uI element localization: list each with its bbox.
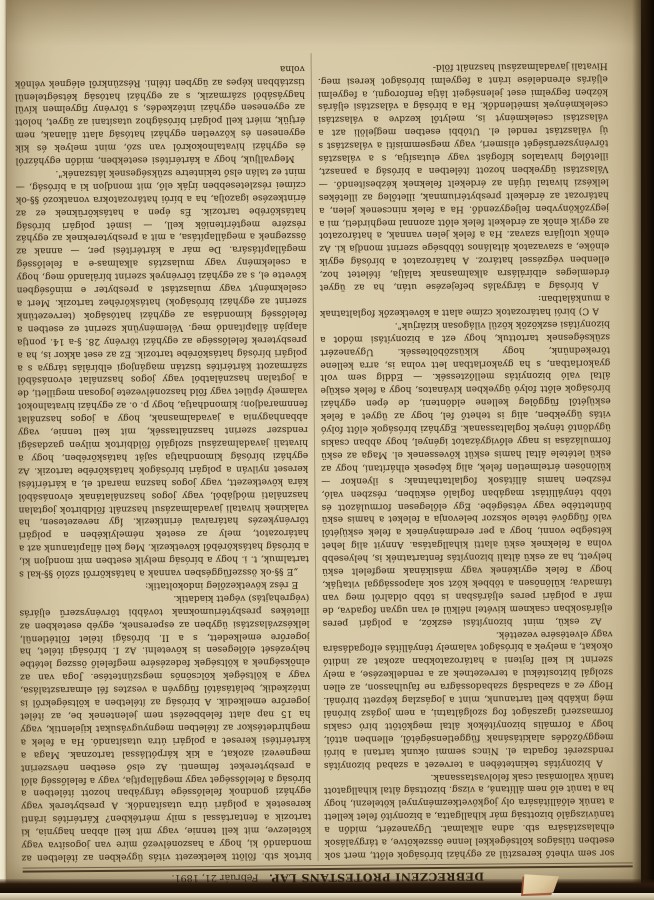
paragraph: Megvalljuk, hogy a kártérítési esetekben… — [15, 61, 306, 167]
scanned-document: DEBRECZENI PROTESTÁNS LAP. Február 21, 1… — [0, 0, 654, 900]
page-number: 65 — [27, 880, 40, 891]
paragraph: A bíróság a tárgyalás befejezése után, h… — [318, 58, 610, 293]
paragraph: A C) birói határozatok czíme alatt a köv… — [320, 291, 610, 319]
scanned-page: DEBRECZENI PROTESTÁNS LAP. Február 21, 1… — [7, 0, 641, 891]
text-column-left: sor sem vihető keresztül az egyházi bíró… — [318, 51, 615, 861]
paragraph: E rész következőleg indokoltatik: — [19, 577, 309, 592]
paragraph: Az eskü, mint bizonyítási eszköz, a polg… — [320, 316, 613, 628]
paragraph: „E §§-ok összefüggésben vannak a hatáskö… — [16, 164, 310, 580]
paragraph: sor sem vihető keresztül az egyházi bíró… — [324, 768, 615, 861]
column-divider-rule — [311, 53, 319, 861]
paragraph: A bizonyítás tekintetében a tervezet a s… — [323, 626, 614, 770]
text-columns: sor sem vihető keresztül az egyházi bíró… — [14, 51, 615, 864]
page-stack-edge-bottom — [0, 893, 654, 900]
page-content-rotated-180: DEBRECZENI PROTESTÁNS LAP. Február 21, 1… — [7, 0, 641, 891]
masthead-title: DEBRECZENI PROTESTÁNS LAP. — [269, 870, 484, 885]
issue-date: Február 21, 1891. — [172, 872, 259, 884]
paragraph: birtok stb. fölött keletkezett vitás ügy… — [19, 590, 311, 864]
text-column-right: birtok stb. fölött keletkezett vitás ügy… — [15, 53, 312, 863]
adjacent-page-edge-left — [0, 0, 7, 894]
